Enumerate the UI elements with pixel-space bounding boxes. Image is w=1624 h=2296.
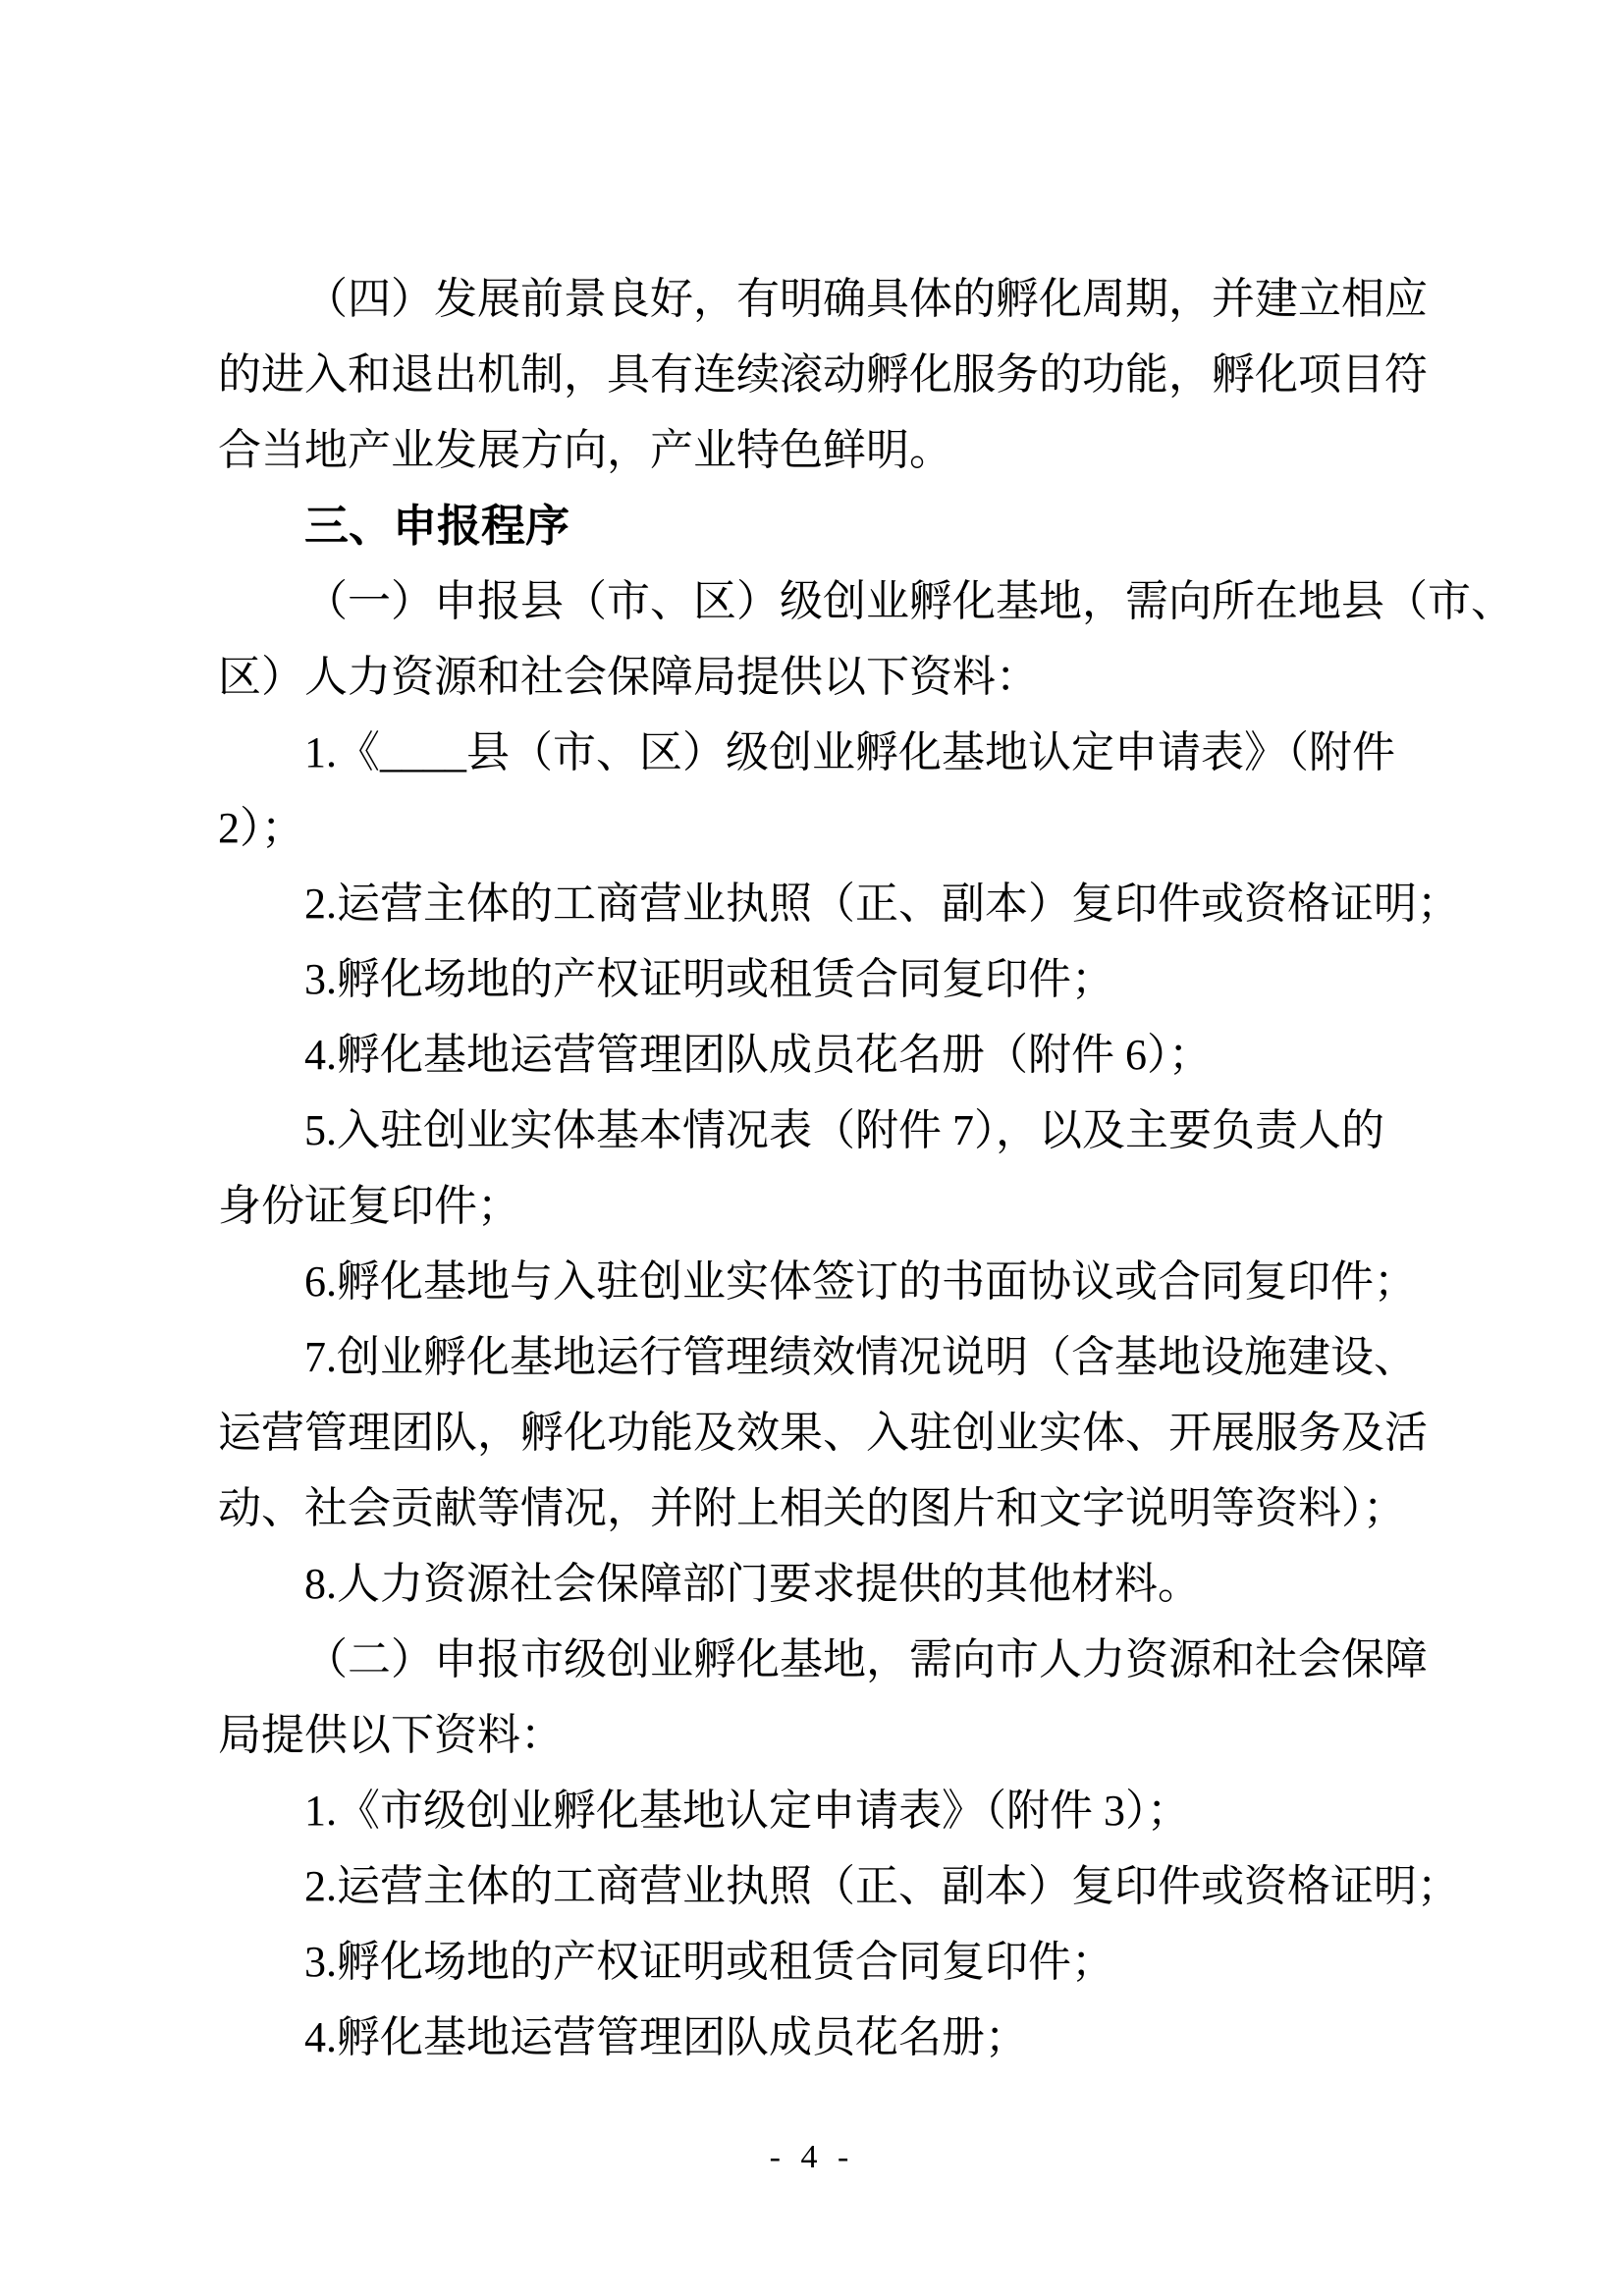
paragraph-line: （一）申报县（市、区）级创业孵化基地，需向所在地县（市、 [218,563,1432,639]
list-item-line: 身份证复印件； [218,1168,1432,1244]
list-item-line: 2.运营主体的工商营业执照（正、副本）复印件或资格证明； [218,866,1432,941]
list-item-line: 2）； [218,790,1432,866]
document-page: （四）发展前景良好，有明确具体的孵化周期，并建立相应 的进入和退出机制，具有连续… [0,0,1624,2296]
list-item-line: 3.孵化场地的产权证明或租赁合同复印件； [218,941,1432,1017]
list-item-line: 5.入驻创业实体基本情况表（附件 7），以及主要负责人的 [218,1093,1432,1168]
paragraph-line: 合当地产业发展方向，产业特色鲜明。 [218,412,1432,488]
list-item-line: 动、社会贡献等情况，并附上相关的图片和文字说明等资料）； [218,1470,1432,1546]
list-item-line: 4.孵化基地运营管理团队成员花名册； [218,2000,1432,2075]
paragraph-line: 区）人力资源和社会保障局提供以下资料： [218,639,1432,715]
document-body: （四）发展前景良好，有明确具体的孵化周期，并建立相应 的进入和退出机制，具有连续… [218,261,1432,2075]
list-item-line: 1.《市级创业孵化基地认定申请表》（附件 3）； [218,1773,1432,1848]
paragraph-line: （二）申报市级创业孵化基地，需向市人力资源和社会保障 [218,1622,1432,1697]
list-item-line: 2.运营主体的工商营业执照（正、副本）复印件或资格证明； [218,1848,1432,1924]
list-item-line: 7.创业孵化基地运行管理绩效情况说明（含基地设施建设、 [218,1319,1432,1395]
list-item-line: 6.孵化基地与入驻创业实体签订的书面协议或合同复印件； [218,1244,1432,1319]
list-item-line: 1.《____县（市、区）级创业孵化基地认定申请表》（附件 [218,715,1432,790]
list-item-line: 3.孵化场地的产权证明或租赁合同复印件； [218,1924,1432,2000]
list-item-line: 8.人力资源社会保障部门要求提供的其他材料。 [218,1546,1432,1622]
list-item-line: 运营管理团队，孵化功能及效果、入驻创业实体、开展服务及活 [218,1395,1432,1470]
section-heading: 三、申报程序 [218,488,1432,563]
list-item-line: 4.孵化基地运营管理团队成员花名册（附件 6）； [218,1017,1432,1093]
paragraph-line: 局提供以下资料： [218,1697,1432,1773]
page-number: - 4 - [0,2138,1624,2177]
paragraph-line: 的进入和退出机制，具有连续滚动孵化服务的功能，孵化项目符 [218,337,1432,412]
paragraph-line: （四）发展前景良好，有明确具体的孵化周期，并建立相应 [218,261,1432,337]
